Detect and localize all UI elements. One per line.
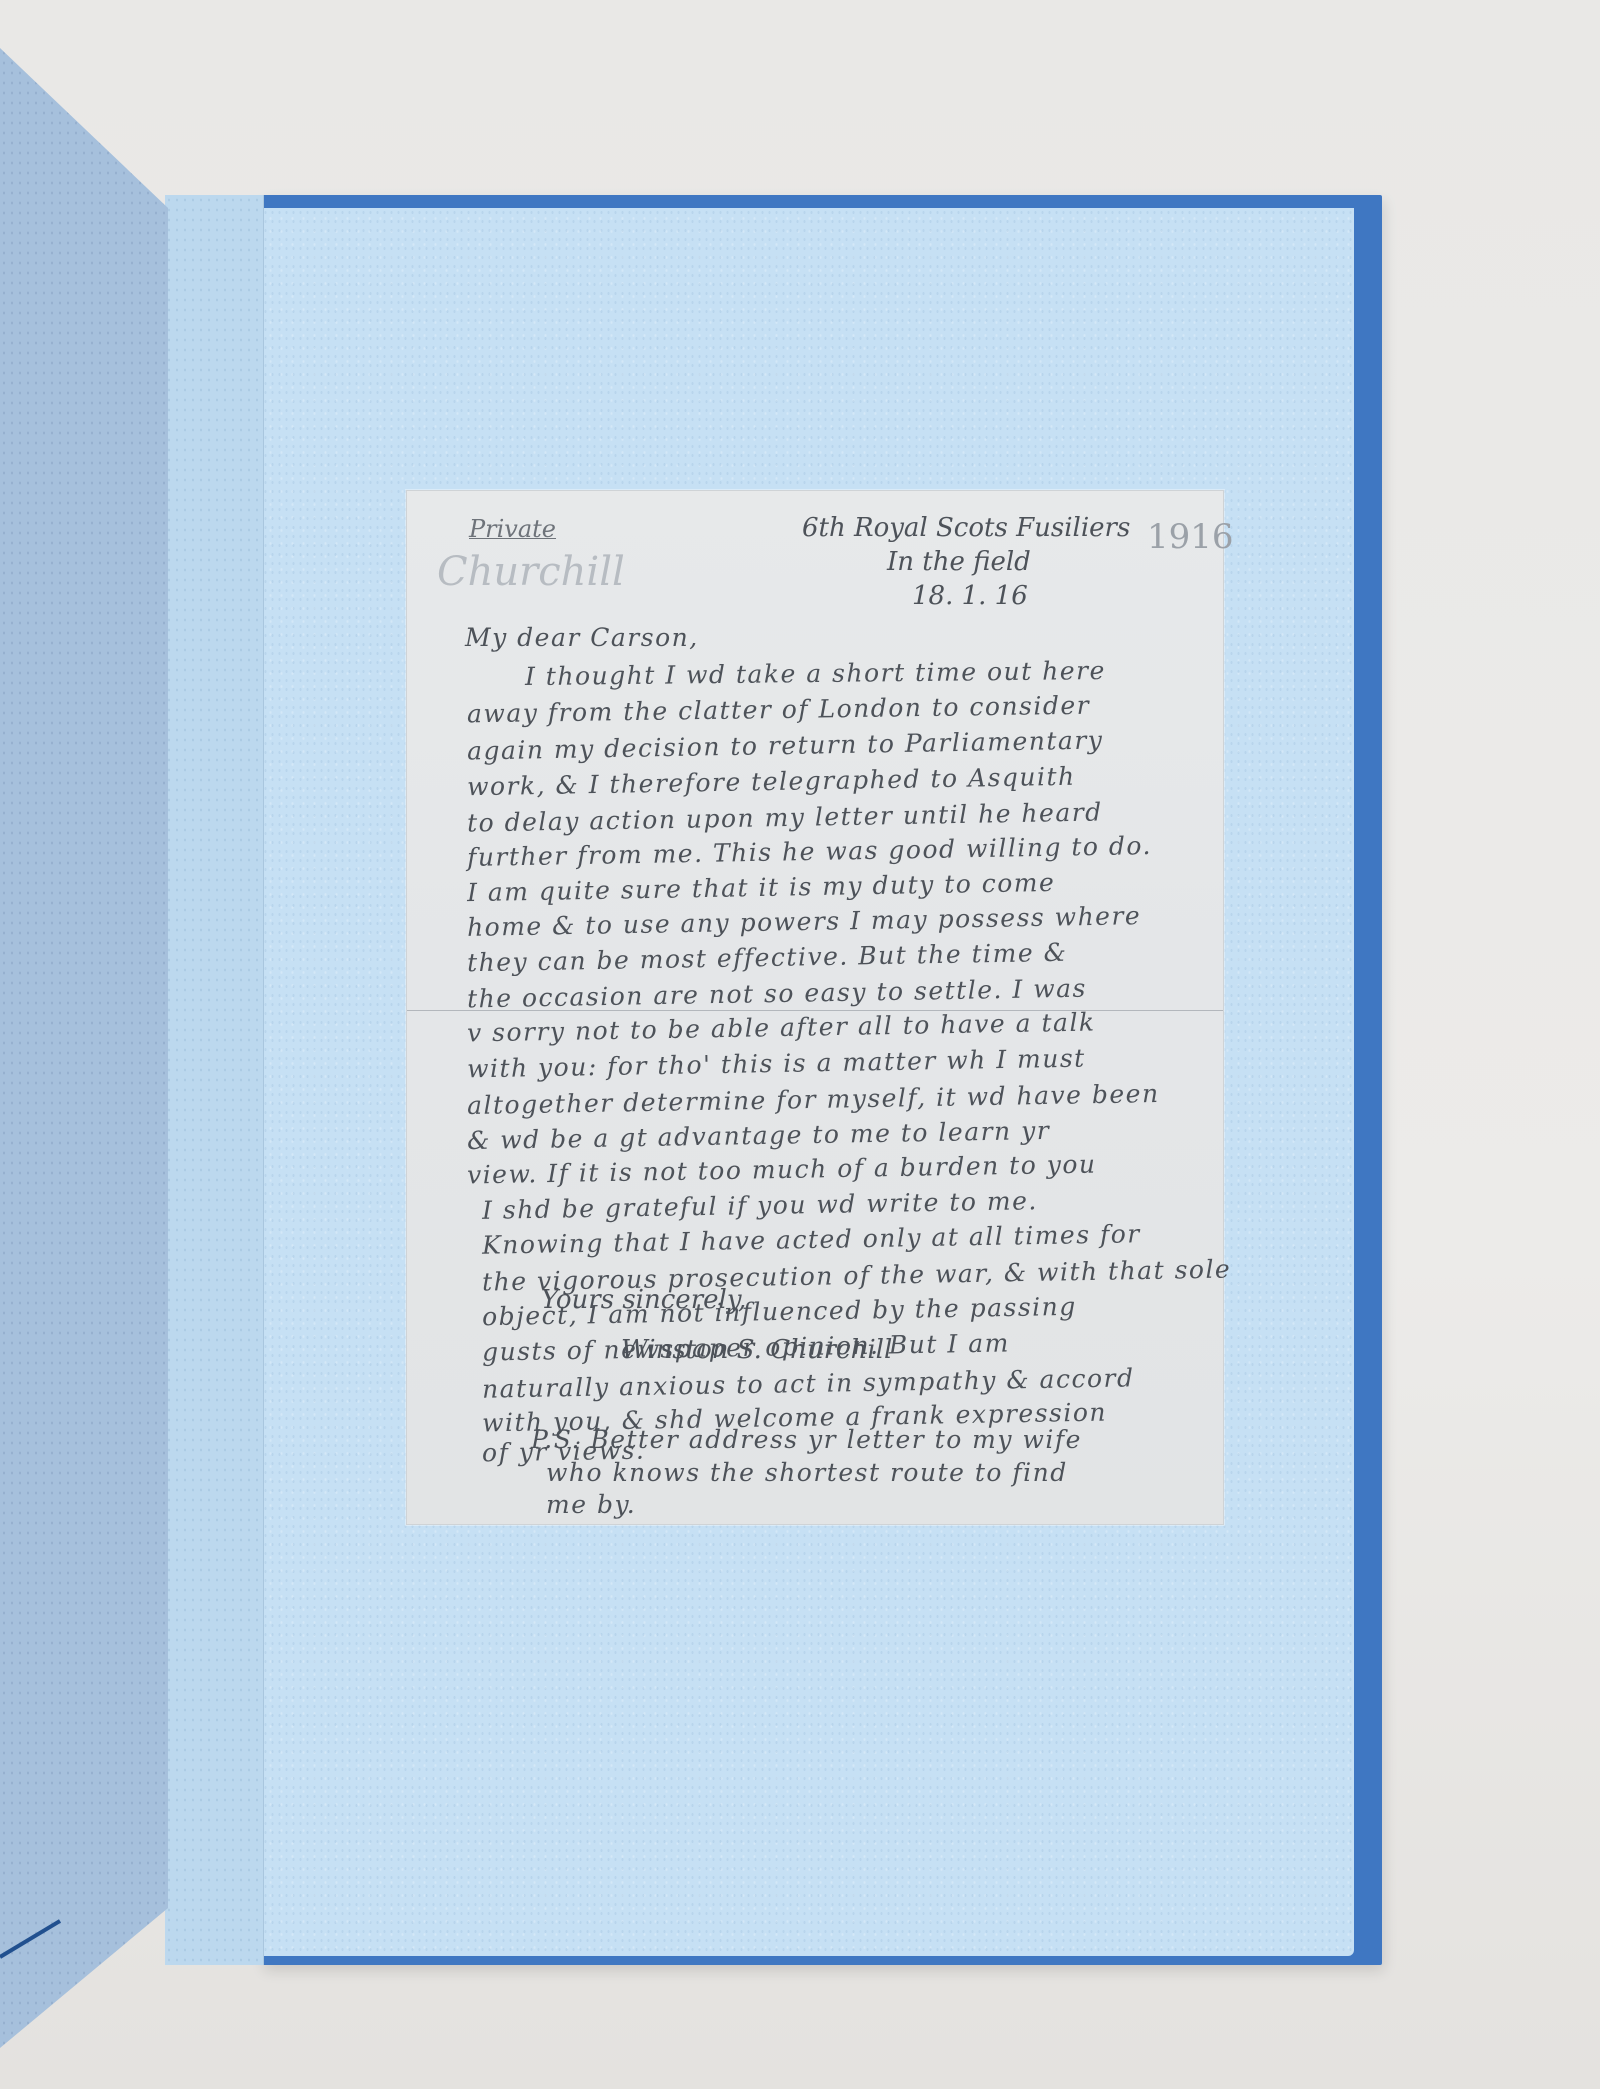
folder-left-cover: [0, 48, 168, 2048]
letter-signature: Winston S. Churchill: [621, 1335, 892, 1365]
folder-spine-strip: [165, 195, 264, 1965]
letter-postscript-line: me by.: [546, 1490, 636, 1519]
folder-scene: Private Churchill 1916 6th Royal Scots F…: [0, 0, 1600, 2089]
letter-postscript-line: who knows the shortest route to find: [546, 1458, 1068, 1487]
letter-closing: Yours sincerely,: [541, 1285, 746, 1315]
letter-postscript-line: P.S. Better address yr letter to my wife: [531, 1425, 1082, 1454]
letter-footer-region: Yours sincerely, Winston S. Churchill P.…: [406, 490, 1222, 1523]
